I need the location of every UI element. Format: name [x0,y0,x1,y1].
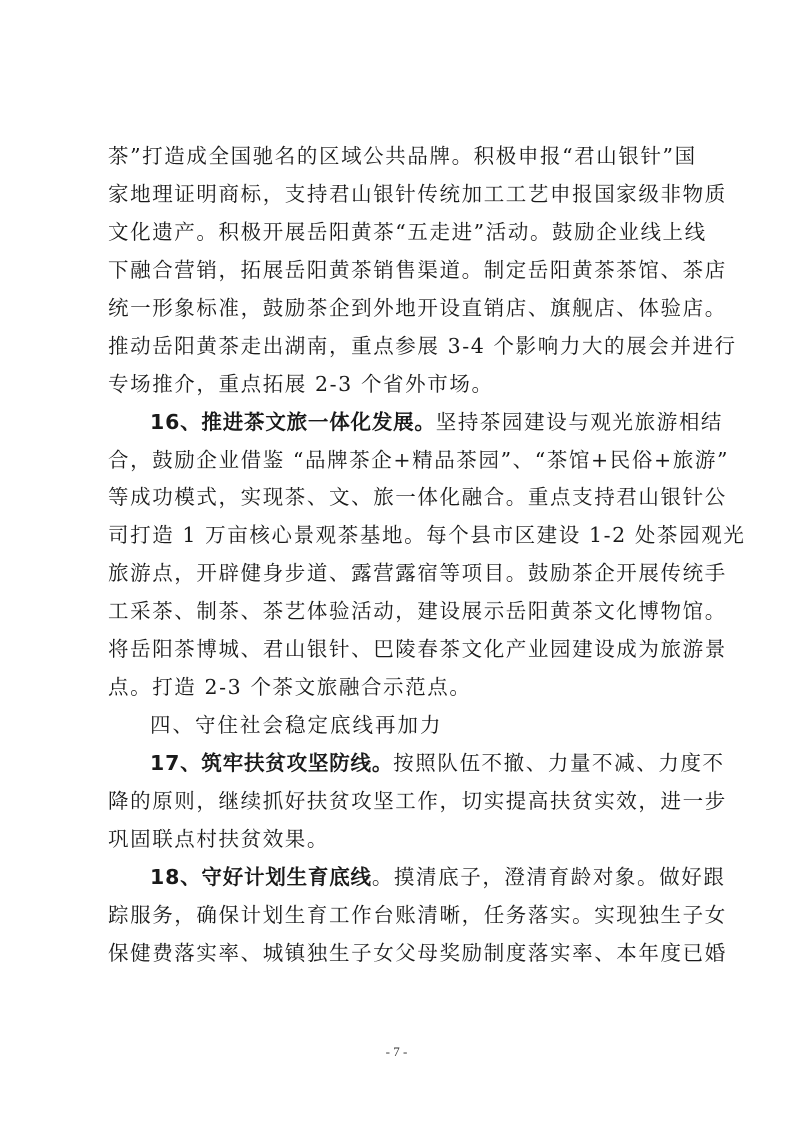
text-line: 茶”打造成全国驰名的区域公共品牌。积极申报“君山银针”国 [108,138,692,176]
document-page: 茶”打造成全国驰名的区域公共品牌。积极申报“君山银针”国 家地理证明商标，支持君… [0,0,793,1122]
text-line: 推动岳阳黄茶走出湖南，重点参展 3-4 个影响力大的展会并进行 [108,328,692,366]
paragraph-18-lead: 。摸清底子，澄清育龄对象。做好跟 [372,865,726,889]
text-line: 专场推介，重点拓展 2-3 个省外市场。 [108,366,692,404]
page-number: - 7 - [0,1044,793,1060]
paragraph-17-lead: 按照队伍不撤、力量不减、力度不 [393,751,725,775]
text-line: 巩固联点村扶贫效果。 [108,821,692,859]
text-line: 踪服务，确保计划生育工作台账清晰，任务落实。实现独生子女 [108,897,692,935]
paragraph-17-title: 17、筑牢扶贫攻坚防线。 [150,751,393,775]
text-line: 等成功模式，实现茶、文、旅一体化融合。重点支持君山银针公 [108,479,692,517]
text-line: 工采茶、制茶、茶艺体验活动，建设展示岳阳黄茶文化博物馆。 [108,593,692,631]
text-line: 旅游点，开辟健身步道、露营露宿等项目。鼓励茶企开展传统手 [108,555,692,593]
paragraph-17-first-line: 17、筑牢扶贫攻坚防线。按照队伍不撤、力量不减、力度不 [108,745,692,783]
paragraph-16-first-line: 16、推进茶文旅一体化发展。坚持茶园建设与观光旅游相结 [108,404,692,442]
text-line: 将岳阳茶博城、君山银针、巴陵春茶文化产业园建设成为旅游景 [108,631,692,669]
text-line: 文化遗产。积极开展岳阳黄茶“五走进”活动。鼓励企业线上线 [108,214,692,252]
document-body: 茶”打造成全国驰名的区域公共品牌。积极申报“君山银针”国 家地理证明商标，支持君… [108,138,692,973]
text-line: 点。打造 2-3 个茶文旅融合示范点。 [108,669,692,707]
paragraph-16-title: 16、推进茶文旅一体化发展。 [150,410,436,434]
text-line: 统一形象标准，鼓励茶企到外地开设直销店、旗舰店、体验店。 [108,290,692,328]
text-line: 家地理证明商标，支持君山银针传统加工工艺申报国家级非物质 [108,176,692,214]
text-line: 司打造 1 万亩核心景观茶基地。每个县市区建设 1-2 处茶园观光 [108,517,692,555]
text-line: 合，鼓励企业借鉴 “品牌茶企+精品茶园”、“茶馆+民俗+旅游” [108,442,692,480]
paragraph-18-first-line: 18、守好计划生育底线。摸清底子，澄清育龄对象。做好跟 [108,859,692,897]
text-line: 保健费落实率、城镇独生子女父母奖励制度落实率、本年度已婚 [108,935,692,973]
text-line: 降的原则，继续抓好扶贫攻坚工作，切实提高扶贫实效，进一步 [108,783,692,821]
section-heading: 四、守住社会稳定底线再加力 [108,707,692,745]
paragraph-16-lead: 坚持茶园建设与观光旅游相结 [436,410,723,434]
text-line: 下融合营销，拓展岳阳黄茶销售渠道。制定岳阳黄茶茶馆、茶店 [108,252,692,290]
paragraph-18-title: 18、守好计划生育底线 [150,865,372,889]
